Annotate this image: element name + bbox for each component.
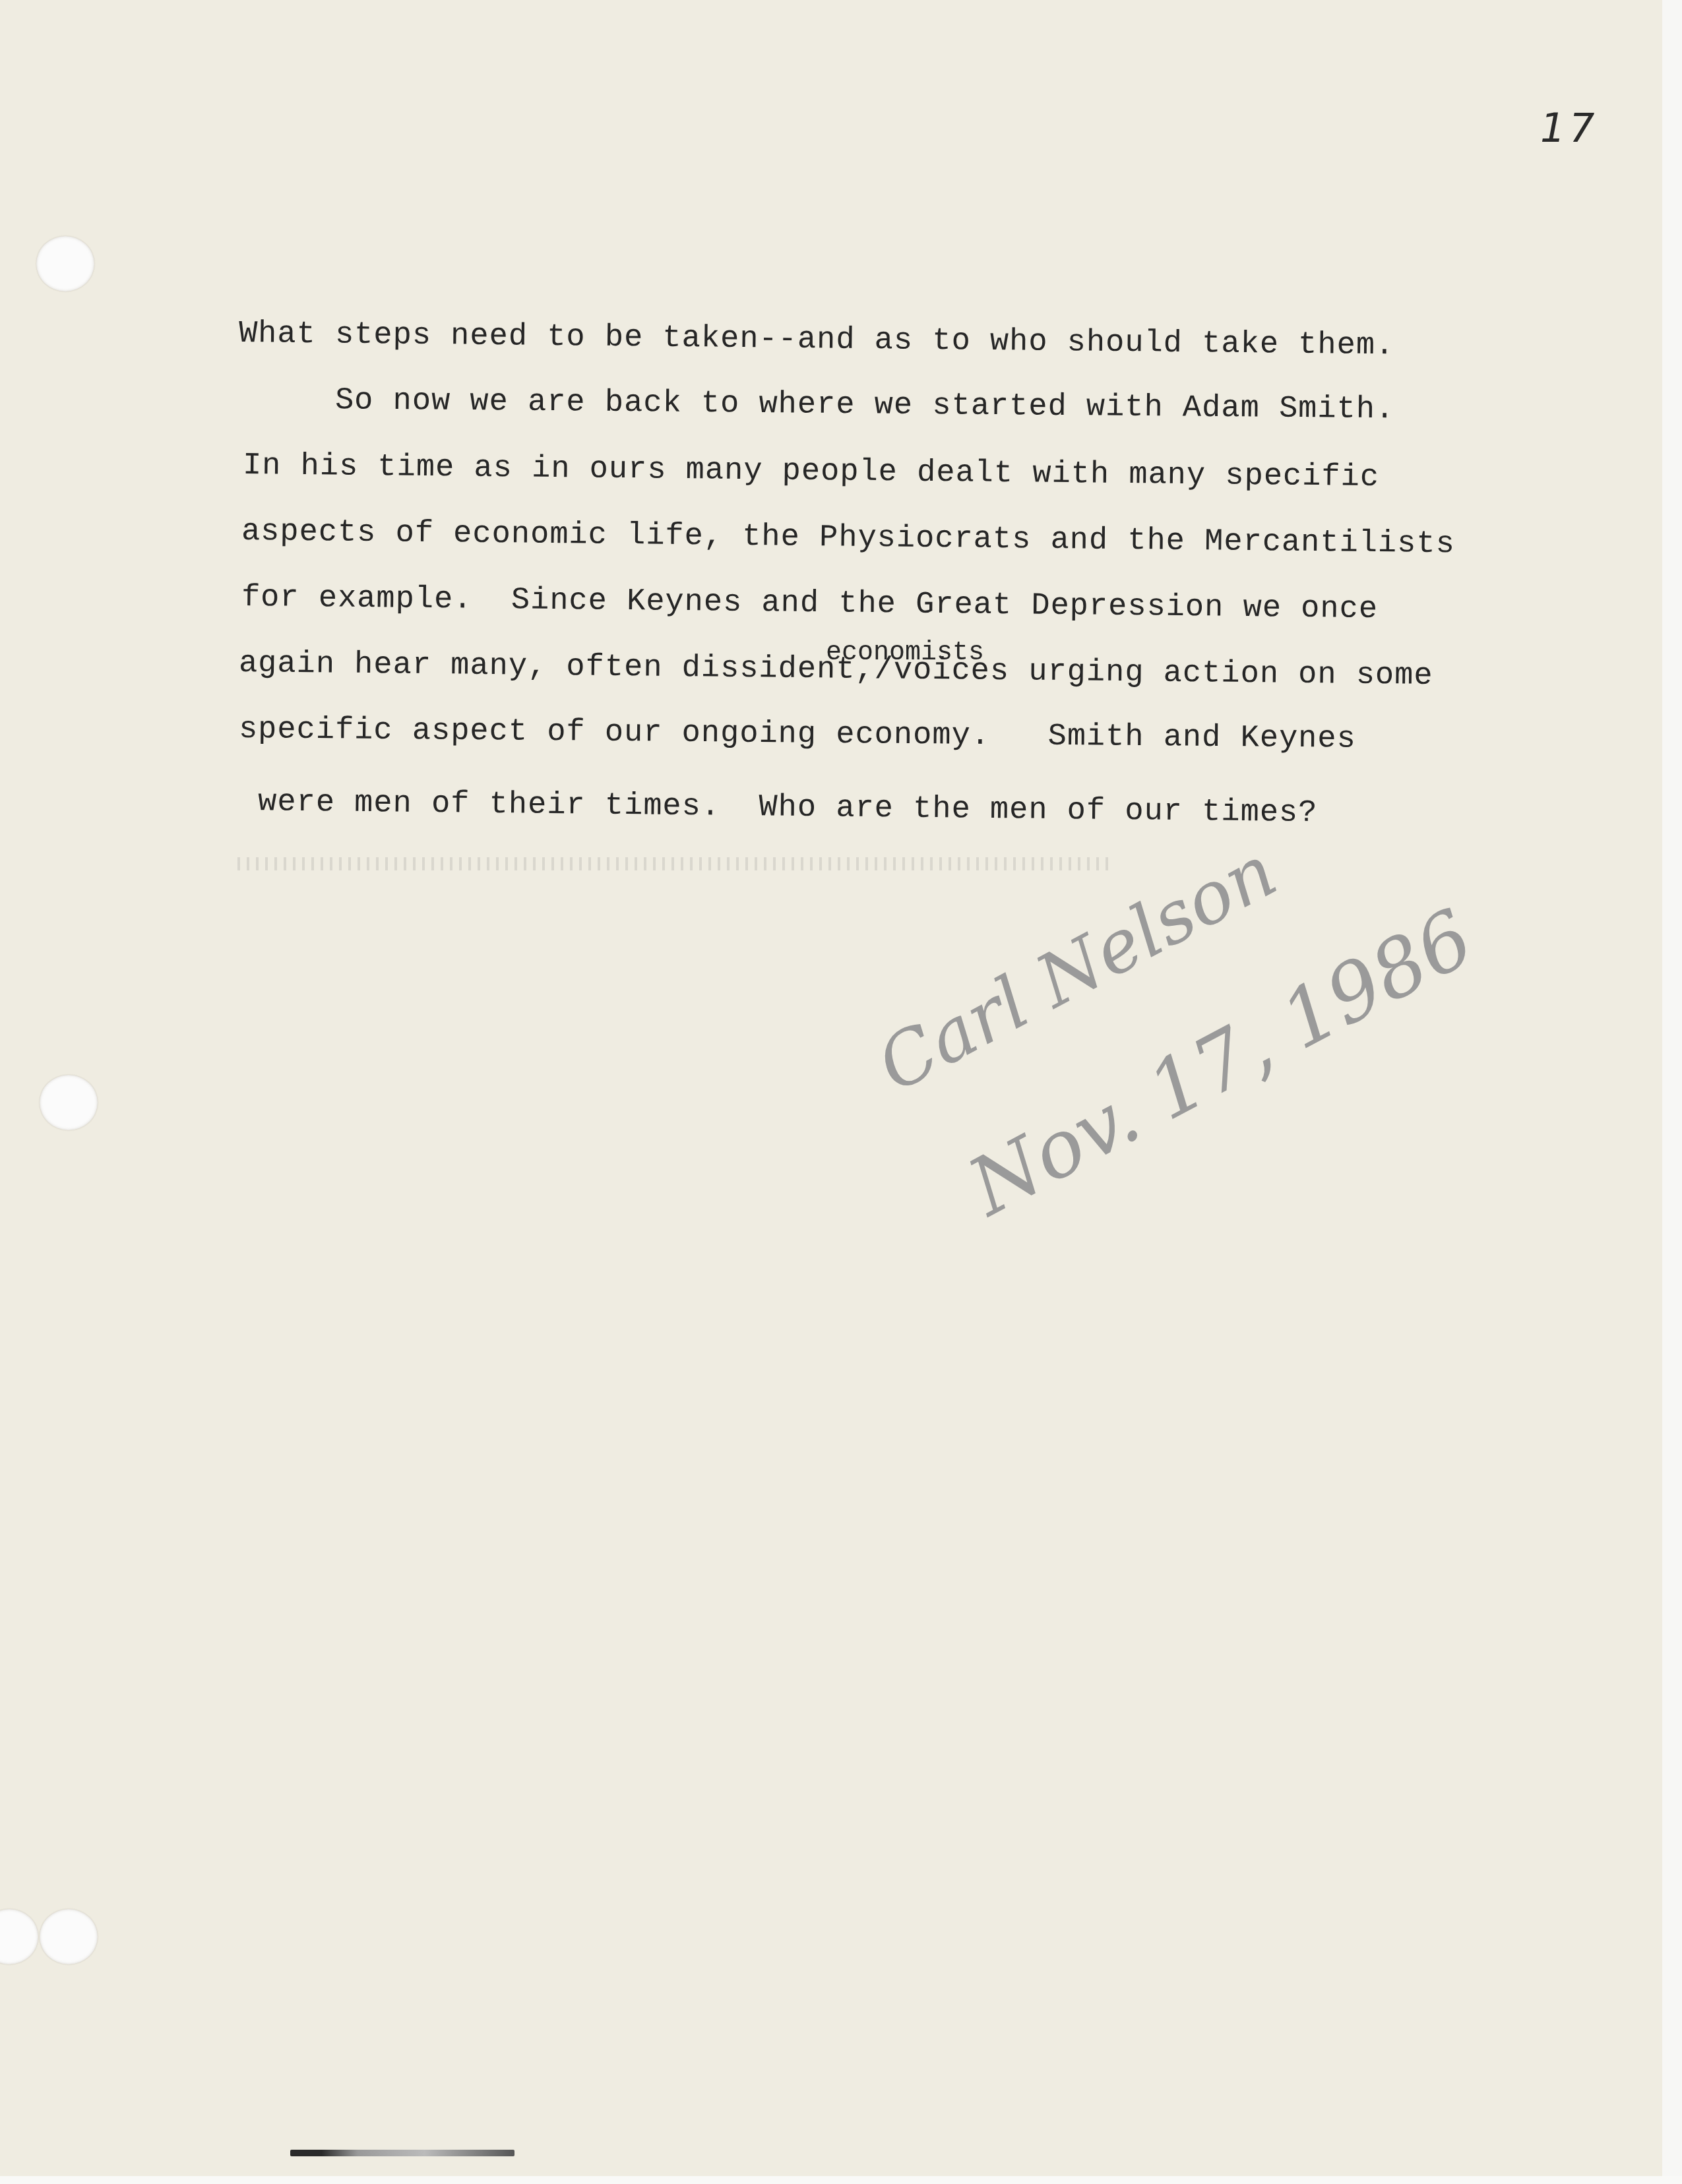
binder-hole-middle — [40, 1075, 98, 1130]
page-edge — [1662, 0, 1682, 2184]
pen-mark — [290, 2150, 514, 2156]
binder-hole-bottom — [40, 1909, 98, 1964]
page-number: 17 — [1540, 106, 1598, 152]
binder-hole-top — [36, 236, 94, 291]
page-edge-bottom — [0, 2176, 1682, 2184]
faded-typed-line — [237, 857, 1108, 870]
